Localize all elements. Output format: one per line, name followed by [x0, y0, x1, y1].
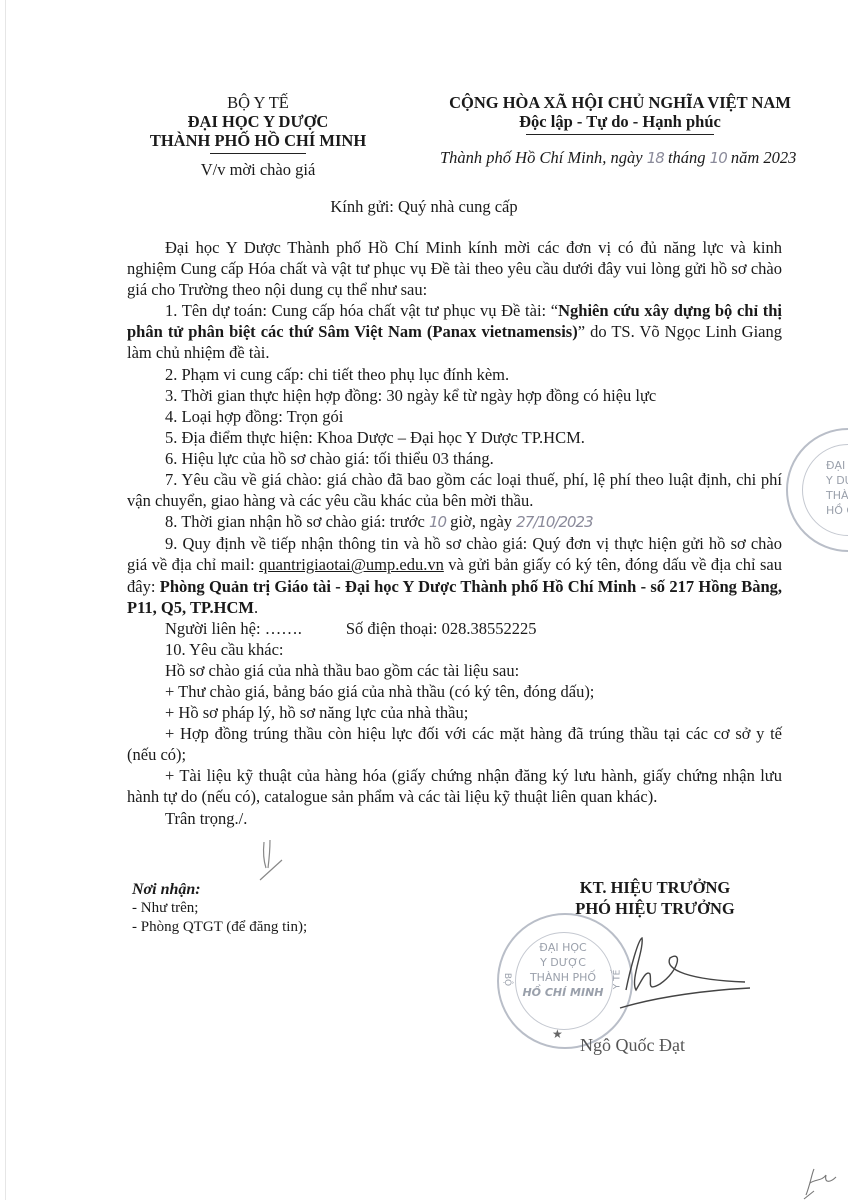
issuer-header: BỘ Y TẾ ĐẠI HỌC Y DƯỢC THÀNH PHỐ HỒ CHÍ …: [100, 93, 416, 179]
date-prefix: Thành phố Hồ Chí Minh, ngày: [440, 148, 643, 167]
scan-edge: [5, 0, 6, 1200]
signer-name: Ngô Quốc Đạt: [580, 1035, 685, 1056]
stamp-text: ĐẠI HỌC Y DƯỢC THÀNH PHỐ HỒ CHÍ MINH: [515, 940, 611, 1000]
stamp-line: Y DƯỢC: [515, 955, 611, 970]
item-5: 5. Địa điểm thực hiện: Khoa Dược – Đại h…: [127, 427, 782, 448]
header-underline: [210, 153, 306, 154]
deadline-date-handwritten: 27/10/2023: [516, 513, 592, 531]
national-motto: Độc lập - Tự do - Hạnh phúc: [420, 112, 820, 131]
stamp-line: Y DƯỢC: [826, 473, 848, 488]
page-seal-text: ĐẠI HỌC Y DƯỢC THÀNH PHỐ HỒ CHÍ MINH: [810, 458, 848, 518]
document-subject: V/v mời chào giá: [100, 160, 416, 179]
item-8: 8. Thời gian nhận hồ sơ chào giá: trước …: [127, 511, 782, 533]
stamp-line: ĐẠI HỌC: [826, 458, 848, 473]
item-8-prefix: 8. Thời gian nhận hồ sơ chào giá: trước: [165, 512, 425, 531]
stamp-side-left: BỘ: [499, 973, 514, 986]
signature-title-2: PHÓ HIỆU TRƯỞNG: [560, 898, 750, 919]
item-1: 1. Tên dự toán: Cung cấp hóa chất vật tư…: [127, 300, 782, 363]
star-icon: ★: [552, 1027, 563, 1042]
recipients-title: Nơi nhận:: [132, 880, 307, 899]
deadline-hour-handwritten: 10: [429, 513, 446, 531]
item-10-c: + Hợp đồng trúng thầu còn hiệu lực đối v…: [127, 723, 782, 765]
signature-title-block: KT. HIỆU TRƯỞNG PHÓ HIỆU TRƯỞNG: [560, 877, 750, 919]
signature-scribble-icon: [600, 930, 760, 1020]
recipient-item: - Phòng QTGT (để đăng tin);: [132, 918, 307, 937]
intro-paragraph: Đại học Y Dược Thành phố Hồ Chí Minh kín…: [127, 237, 782, 300]
document-page: BỘ Y TẾ ĐẠI HỌC Y DƯỢC THÀNH PHỐ HỒ CHÍ …: [0, 0, 848, 1200]
item-1-prefix: 1. Tên dự toán: Cung cấp hóa chất vật tư…: [165, 301, 558, 320]
contact-person: Người liên hệ: …….: [165, 619, 302, 638]
document-date: Thành phố Hồ Chí Minh, ngày 18 tháng 10 …: [440, 148, 796, 168]
item-10: 10. Yêu cầu khác:: [127, 639, 782, 660]
country-name: CỘNG HÒA XÃ HỘI CHỦ NGHĨA VIỆT NAM: [420, 93, 820, 112]
item-10-intro: Hồ sơ chào giá của nhà thầu bao gồm các …: [127, 660, 782, 681]
submission-address: Phòng Quản trị Giáo tài - Đại học Y Dược…: [127, 577, 782, 617]
date-month-handwritten: 10: [710, 149, 727, 167]
university-name-line2: THÀNH PHỐ HỒ CHÍ MINH: [100, 131, 416, 150]
document-body: Đại học Y Dược Thành phố Hồ Chí Minh kín…: [127, 237, 782, 829]
stamp-line: THÀNH PHỐ: [515, 970, 611, 985]
item-8-mid: giờ, ngày: [450, 512, 512, 531]
stamp-line: THÀNH PHỐ: [826, 488, 848, 503]
ministry-name: BỘ Y TẾ: [100, 93, 416, 112]
motto-underline: [526, 134, 714, 135]
item-4: 4. Loại hợp đồng: Trọn gói: [127, 406, 782, 427]
email-link[interactable]: quantrigiaotai@ump.edu.vn: [259, 555, 444, 574]
recipient-item: - Như trên;: [132, 899, 307, 918]
signature-title-1: KT. HIỆU TRƯỞNG: [560, 877, 750, 898]
item-7: 7. Yêu cầu về giá chào: giá chào đã bao …: [127, 469, 782, 511]
contact-line: Người liên hệ: …….Số điện thoại: 028.385…: [127, 618, 782, 639]
university-name-line1: ĐẠI HỌC Y DƯỢC: [100, 112, 416, 131]
national-header: CỘNG HÒA XÃ HỘI CHỦ NGHĨA VIỆT NAM Độc l…: [420, 93, 820, 135]
item-3: 3. Thời gian thực hiện hợp đồng: 30 ngày…: [127, 385, 782, 406]
closing: Trân trọng./.: [127, 808, 782, 829]
date-year: năm 2023: [731, 148, 797, 167]
item-2: 2. Phạm vi cung cấp: chi tiết theo phụ l…: [127, 364, 782, 385]
phone-number: Số điện thoại: 028.38552225: [346, 619, 537, 638]
date-day-handwritten: 18: [647, 149, 664, 167]
initials-mark-icon: [258, 838, 288, 883]
recipients-block: Nơi nhận: - Như trên; - Phòng QTGT (để đ…: [132, 880, 307, 937]
date-month-label: tháng: [668, 148, 706, 167]
stamp-line: ĐẠI HỌC: [515, 940, 611, 955]
item-6: 6. Hiệu lực của hồ sơ chào giá: tối thiể…: [127, 448, 782, 469]
salutation: Kính gửi: Quý nhà cung cấp: [0, 197, 848, 217]
item-10-d: + Tài liệu kỹ thuật của hàng hóa (giấy c…: [127, 765, 782, 807]
item-10-b: + Hồ sơ pháp lý, hồ sơ năng lực của nhà …: [127, 702, 782, 723]
item-9: 9. Quy định về tiếp nhận thông tin và hồ…: [127, 533, 782, 617]
stamp-line: HỒ CHÍ MINH: [826, 503, 848, 518]
item-10-a: + Thư chào giá, bảng báo giá của nhà thầ…: [127, 681, 782, 702]
page-initial-mark-icon: [800, 1165, 840, 1200]
stamp-line: HỒ CHÍ MINH: [515, 985, 611, 1000]
